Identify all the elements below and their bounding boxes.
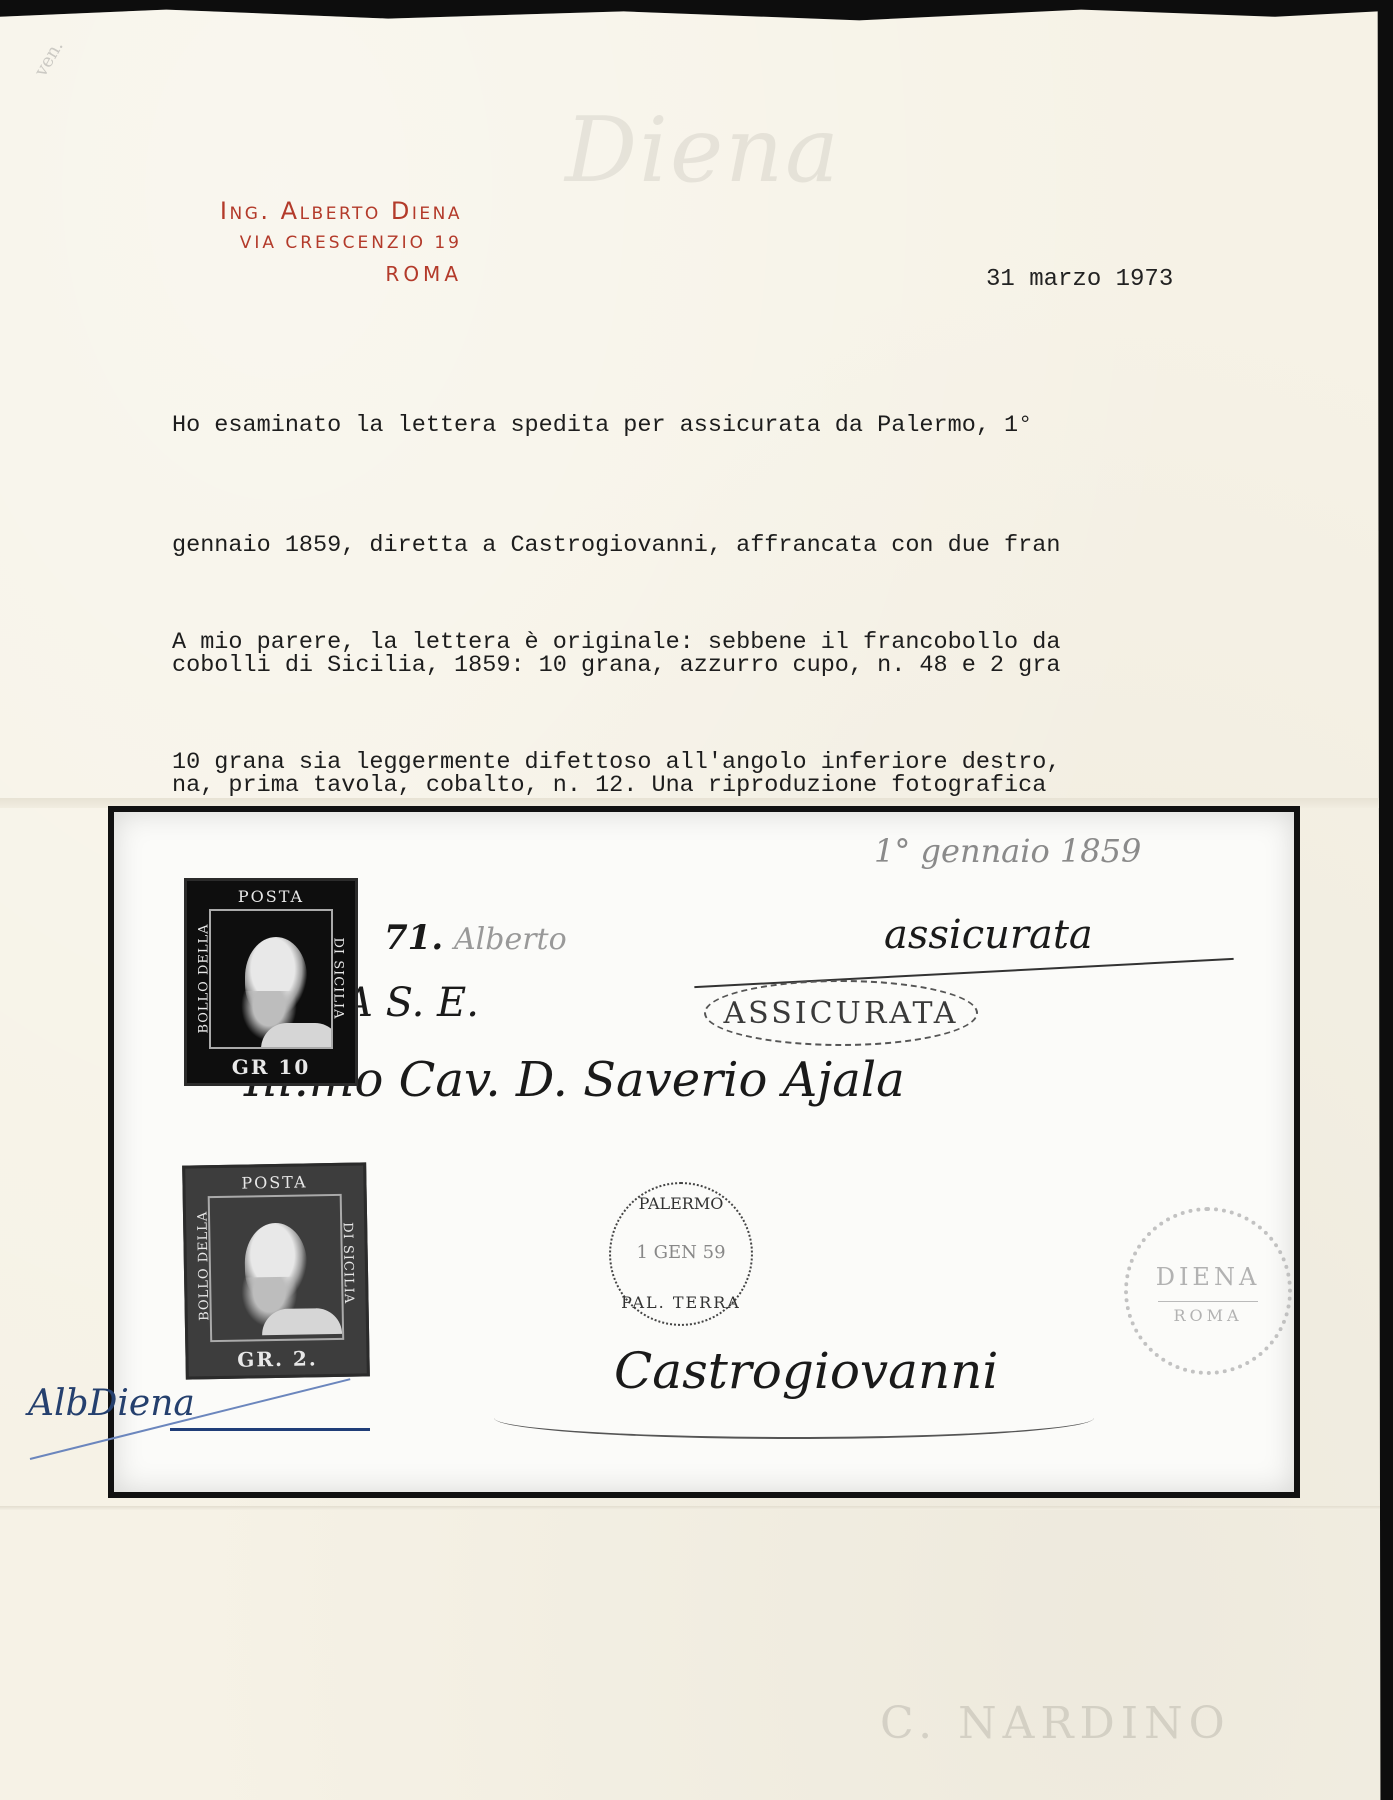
seal-name: DIENA — [1128, 1263, 1288, 1291]
handwritten-assicurata: assicurata — [884, 912, 1093, 958]
text-line: 10 grana sia leggermente difettoso all'a… — [172, 743, 1272, 783]
margin-pencil-note: ven. — [30, 37, 67, 81]
certificate-sheet: Diena ven. Ing. Alberto Diena VIA CRESCE… — [0, 6, 1386, 1800]
faded-back-stamp: C. NARDINO — [880, 1698, 1231, 1749]
certificate-date: 31 marzo 1973 — [986, 266, 1173, 293]
text-line: A mio parere, la lettera è originale: se… — [172, 623, 1272, 663]
stamp-portrait-frame — [209, 909, 333, 1049]
stamp-portrait-frame — [208, 1194, 345, 1342]
letterhead: Ing. Alberto Diena VIA CRESCENZIO 19 ROM… — [220, 196, 462, 288]
postmark-date: 1 GEN 59 — [611, 1242, 751, 1263]
expert-signature: AlbDiena — [28, 1383, 195, 1424]
handwritten-date: 1° gennaio 1859 — [874, 832, 1141, 870]
handwritten-city: Castrogiovanni — [614, 1342, 998, 1400]
portrait-shoulder — [262, 1308, 342, 1335]
stamp-top-text: POSTA — [187, 887, 355, 906]
seal-city: ROMA — [1158, 1301, 1258, 1325]
handwritten-honorific: A S. E. — [344, 980, 479, 1026]
city-flourish — [494, 1397, 1094, 1439]
stamp-10-grana: POSTA BOLLO DELLA DI SICILIA GR 10 — [184, 878, 358, 1086]
circular-postmark: PALERMO 1 GEN 59 PAL. TERRA — [609, 1182, 753, 1326]
text-line: Ho esaminato la lettera spedita per assi… — [172, 406, 1272, 446]
signature-stroke — [170, 1428, 370, 1431]
portrait-shoulder — [261, 1023, 333, 1049]
stamp-top-text: POSTA — [185, 1171, 363, 1193]
stamp-value: GR 10 — [187, 1055, 355, 1079]
letterhead-name: Ing. Alberto Diena — [220, 196, 462, 226]
letterhead-street: VIA CRESCENZIO 19 — [220, 226, 462, 260]
postmark-top: PALERMO — [611, 1194, 751, 1213]
paper-fold-lower — [0, 1506, 1386, 1510]
assicurata-oval-cancel: ASSICURATA — [704, 980, 978, 1046]
diena-watermark: Diena — [565, 98, 841, 203]
letterhead-city: ROMA — [220, 260, 462, 288]
stamp-2-grana: POSTA BOLLO DELLA DI SICILIA GR. 2. — [182, 1162, 370, 1379]
stamp-value: GR. 2. — [188, 1345, 366, 1372]
diena-embossed-seal: DIENA ROMA — [1124, 1207, 1292, 1375]
handwritten-number: 71. — [384, 918, 443, 958]
postmark-bottom: PAL. TERRA — [611, 1293, 751, 1312]
faded-pencil-signature: Alberto — [454, 922, 567, 957]
